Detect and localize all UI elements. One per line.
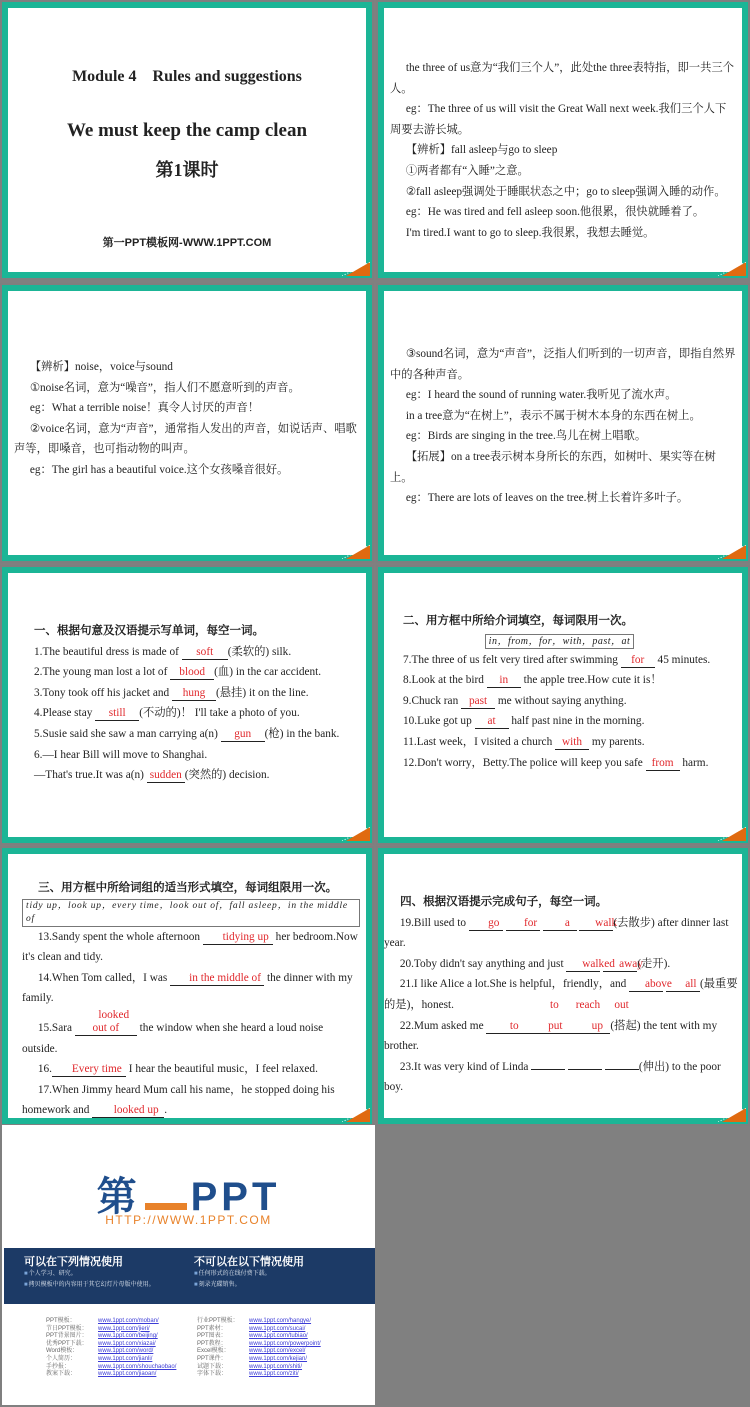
answer-blank: all <box>666 978 700 992</box>
exercise-item: 7.The three of us felt very tired after … <box>403 650 736 671</box>
exercise-item: —That's true.It was a(n) sudden(突然的) dec… <box>34 765 360 786</box>
slide-content: the three of us意为“我们三个人”，此处the three表特指，… <box>384 8 742 272</box>
text-line: 【辨析】noise，voice与sound <box>14 357 360 378</box>
text-line: 【辨析】fall asleep与go to sleep <box>390 140 736 161</box>
cannot-use-title: 不可以在以下情况使用 <box>194 1253 304 1269</box>
answer-blank: put <box>526 1020 568 1034</box>
exercise-item: 9.Chuck ran past me without saying anyth… <box>403 691 736 712</box>
text-line: ①noise名词，意为“噪音”，指人们不愿意听到的声音。 <box>14 378 360 399</box>
answer-blank: looked up <box>92 1104 164 1118</box>
answer-blank: at <box>475 715 509 729</box>
slide-content: ③sound名词，意为“声音”，泛指人们听到的一切声音，即指自然界中的各种声音。… <box>384 291 742 555</box>
answer-blank: still <box>95 707 139 721</box>
answer-blank: with <box>555 736 589 750</box>
word-box: in，from，for，with，past，at <box>485 634 635 649</box>
answer-blank: gun <box>221 728 265 742</box>
q23-answers: to reach out <box>550 995 670 1015</box>
brand-url: HTTP://WWW.1PPT.COM <box>2 1213 375 1227</box>
can-use-title: 可以在下列情况使用 <box>24 1253 155 1269</box>
text-line: eg：What a terrible noise！真令人讨厌的声音！ <box>14 398 360 419</box>
link[interactable]: www.1ppt.com/jieri/ <box>98 1326 150 1332</box>
exercise-item: 3.Tony took off his jacket and hung(悬挂) … <box>34 683 360 704</box>
exercise-item: 19.Bill used to go for a walk(去散步) after… <box>384 913 742 954</box>
lesson-number: 第1课时 <box>8 156 366 182</box>
exercise-item: 13.Sandy spent the whole afternoon tidyi… <box>22 927 360 968</box>
slide-noise-voice[interactable]: 【辨析】noise，voice与sound ①noise名词，意为“噪音”，指人… <box>0 283 374 563</box>
slide-sound-tree[interactable]: ③sound名词，意为“声音”，泛指人们听到的一切声音，即指自然界中的各种声音。… <box>376 283 750 563</box>
exercise-item: 11.Last week，I visited a church with my … <box>403 732 736 753</box>
answer-blank: a <box>543 917 577 931</box>
corner-triangle-icon <box>342 545 370 559</box>
answer-blank: up <box>568 1020 610 1034</box>
exercise-item: 20.Toby didn't say anything and just wal… <box>384 954 742 975</box>
slide-exercise-3[interactable]: 三、用方框中所给词组的适当形式填空，每词组限用一次。 tidy up，look … <box>0 846 374 1126</box>
link[interactable]: www.1ppt.com/kejian/ <box>249 1356 307 1362</box>
logo-dash-icon <box>145 1203 187 1210</box>
exercise-item: 17.When Jimmy heard Mum call his name，he… <box>22 1080 360 1118</box>
answer-blank: tidying up <box>203 931 273 945</box>
corner-triangle-icon <box>342 262 370 276</box>
exercise-item: 12.Don't worry，Betty.The police will kee… <box>403 753 736 774</box>
exercise-heading: 三、用方框中所给词组的适当形式填空，每词组限用一次。 <box>22 878 360 899</box>
exercise-heading: 四、根据汉语提示完成句子，每空一词。 <box>384 892 742 913</box>
text-line: ③sound名词，意为“声音”，泛指人们听到的一切声音，即指自然界中的各种声音。 <box>390 344 736 385</box>
answer-blank: Every time <box>52 1063 126 1077</box>
answer-blank: walked <box>566 958 600 972</box>
answer-blank: to <box>486 1020 526 1034</box>
answer-blank: for <box>621 654 655 668</box>
answer-blank: in <box>487 674 521 688</box>
slide-content: 一、根据句意及汉语提示写单词，每空一词。 1.The beautiful dre… <box>8 573 366 837</box>
text-line: ②voice名词，意为“声音”，通常指人发出的声音，如说话声、唱歌声等，即嗓音，… <box>14 419 360 460</box>
text-line: ②fall asleep强调处于睡眠状态之中；go to sleep强调入睡的动… <box>390 182 736 203</box>
link[interactable]: www.1ppt.com/powerpoint/ <box>249 1341 321 1347</box>
corner-triangle-icon <box>718 1108 746 1122</box>
exercise-item: 16.Every time I hear the beautiful music… <box>22 1059 360 1080</box>
answer-blank: past <box>461 695 495 709</box>
link[interactable]: www.1ppt.com/moban/ <box>98 1318 159 1324</box>
exercise-item: 5.Susie said she saw a man carrying a(n)… <box>34 724 360 745</box>
answer-blank: above <box>629 978 663 992</box>
slide-content: 三、用方框中所给词组的适当形式填空，每词组限用一次。 tidy up，look … <box>8 854 366 1118</box>
answer-blank: for <box>506 917 540 931</box>
exercise-item: 1.The beautiful dress is made of soft(柔软… <box>34 642 360 663</box>
text-line: in a tree意为“在树上”，表示不属于树木本身的东西在树上。 <box>390 406 736 427</box>
text-line: 【拓展】on a tree表示树本身所长的东西，如树叶、果实等在树上。 <box>390 447 736 488</box>
exercise-item: 22.Mum asked me toputup(搭起) the tent wit… <box>384 1016 742 1057</box>
slide-content: Module 4 Rules and suggestions We must k… <box>8 8 366 272</box>
link[interactable]: www.1ppt.com/jiaoan/ <box>98 1371 156 1377</box>
slide-exercise-1[interactable]: 一、根据句意及汉语提示写单词，每空一词。 1.The beautiful dre… <box>0 565 374 845</box>
text-line: the three of us意为“我们三个人”，此处the three表特指，… <box>390 58 736 99</box>
exercise-heading: 一、根据句意及汉语提示写单词，每空一词。 <box>34 621 360 642</box>
slide-promo[interactable]: 第PPT HTTP://WWW.1PPT.COM 可以在下列情况使用 个人学习、… <box>0 1125 375 1405</box>
link[interactable]: www.1ppt.com/ziti/ <box>249 1371 299 1377</box>
exercise-item: 2.The young man lost a lot of blood(血) i… <box>34 662 360 683</box>
module-title: Module 4 Rules and suggestions <box>8 68 366 86</box>
slide-fall-asleep[interactable]: the three of us意为“我们三个人”，此处the three表特指，… <box>376 0 750 280</box>
exercise-item: 15.Sara looked out of the window when sh… <box>22 1009 360 1059</box>
link[interactable]: www.1ppt.com/xiazai/ <box>98 1341 156 1347</box>
answer-blank: go <box>469 917 503 931</box>
text-line: eg：Birds are singing in the tree.鸟儿在树上唱歌… <box>390 426 736 447</box>
usage-band: 可以在下列情况使用 个人学习、研究。 拷贝模板中的内容用于其它幻灯片母版中使用。… <box>4 1248 375 1304</box>
answer-blank <box>605 1069 639 1070</box>
slide-title[interactable]: Module 4 Rules and suggestions We must k… <box>0 0 374 280</box>
link[interactable]: www.1ppt.com/hangye/ <box>249 1318 311 1324</box>
answer-blank: blood <box>170 666 214 680</box>
text-line: eg：The three of us will visit the Great … <box>390 99 736 140</box>
text-line: eg：The girl has a beautiful voice.这个女孩嗓音… <box>14 460 360 481</box>
links-right: 行业PPT模板：www.1ppt.com/hangye/ PPT素材：www.1… <box>197 1318 321 1379</box>
exercise-item: 6.—I hear Bill will move to Shanghai. <box>34 745 360 766</box>
link[interactable]: www.1ppt.com/shouchaobao/ <box>98 1364 176 1370</box>
link[interactable]: www.1ppt.com/tubiao/ <box>249 1333 308 1339</box>
text-line: eg：I heard the sound of running water.我听… <box>390 385 736 406</box>
text-line: I'm tired.I want to go to sleep.我很累，我想去睡… <box>390 223 736 244</box>
site-credit: 第一PPT模板网-WWW.1PPT.COM <box>8 234 366 250</box>
corner-triangle-icon <box>718 827 746 841</box>
answer-blank: soft <box>182 646 228 660</box>
slide-exercise-2[interactable]: 二、用方框中所给介词填空，每词限用一次。 in，from，for，with，pa… <box>376 565 750 845</box>
answer-blank: hung <box>172 687 216 701</box>
answer-blank <box>531 1069 565 1070</box>
lesson-title: We must keep the camp clean <box>8 120 366 142</box>
answer-blank: away <box>603 958 637 972</box>
corner-triangle-icon <box>342 1108 370 1122</box>
text-line: eg：There are lots of leaves on the tree.… <box>390 488 736 509</box>
corner-triangle-icon <box>342 827 370 841</box>
exercise-item: 14.When Tom called，I was in the middle o… <box>22 968 360 1009</box>
text-line: ①两者都有“入睡”之意。 <box>390 161 736 182</box>
answer-blank <box>568 1069 602 1070</box>
links-left: PPT模板：www.1ppt.com/moban/ 节日PPT模板：www.1p… <box>46 1318 176 1379</box>
slide-exercise-4[interactable]: 四、根据汉语提示完成句子，每空一词。 19.Bill used to go fo… <box>376 846 750 1126</box>
slide-content: 二、用方框中所给介词填空，每词限用一次。 in，from，for，with，pa… <box>384 573 742 837</box>
slide-content: 【辨析】noise，voice与sound ①noise名词，意为“噪音”，指人… <box>8 291 366 555</box>
answer-blank: sudden <box>147 769 185 783</box>
corner-triangle-icon <box>718 545 746 559</box>
answer-blank: looked out of <box>75 1009 137 1036</box>
exercise-heading: 二、用方框中所给介词填空，每词限用一次。 <box>403 611 736 632</box>
exercise-item: 4.Please stay still(不动的)！ I'll take a ph… <box>34 703 360 724</box>
answer-blank: walk <box>579 917 613 931</box>
phrase-box: tidy up，look up，every time，look out of，f… <box>22 899 360 927</box>
answer-blank: from <box>646 757 680 771</box>
link[interactable]: www.1ppt.com/beijing/ <box>98 1333 158 1339</box>
corner-triangle-icon <box>718 262 746 276</box>
link[interactable]: www.1ppt.com/excel/ <box>249 1348 305 1354</box>
link[interactable]: www.1ppt.com/sucai/ <box>249 1326 305 1332</box>
exercise-item: 10.Luke got up at half past nine in the … <box>403 711 736 732</box>
exercise-item: 8.Look at the bird in the apple tree.How… <box>403 670 736 691</box>
answer-blank: in the middle of <box>170 972 264 986</box>
text-line: eg：He was tired and fell asleep soon.他很累… <box>390 202 736 223</box>
link[interactable]: www.1ppt.com/word/ <box>98 1348 153 1354</box>
link[interactable]: www.1ppt.com/jianli/ <box>98 1356 152 1362</box>
exercise-item: 23.It was very kind of Linda (伸出) to the… <box>384 1057 742 1098</box>
link[interactable]: www.1ppt.com/shiti/ <box>249 1364 302 1370</box>
slide-content: 四、根据汉语提示完成句子，每空一词。 19.Bill used to go fo… <box>384 854 742 1118</box>
